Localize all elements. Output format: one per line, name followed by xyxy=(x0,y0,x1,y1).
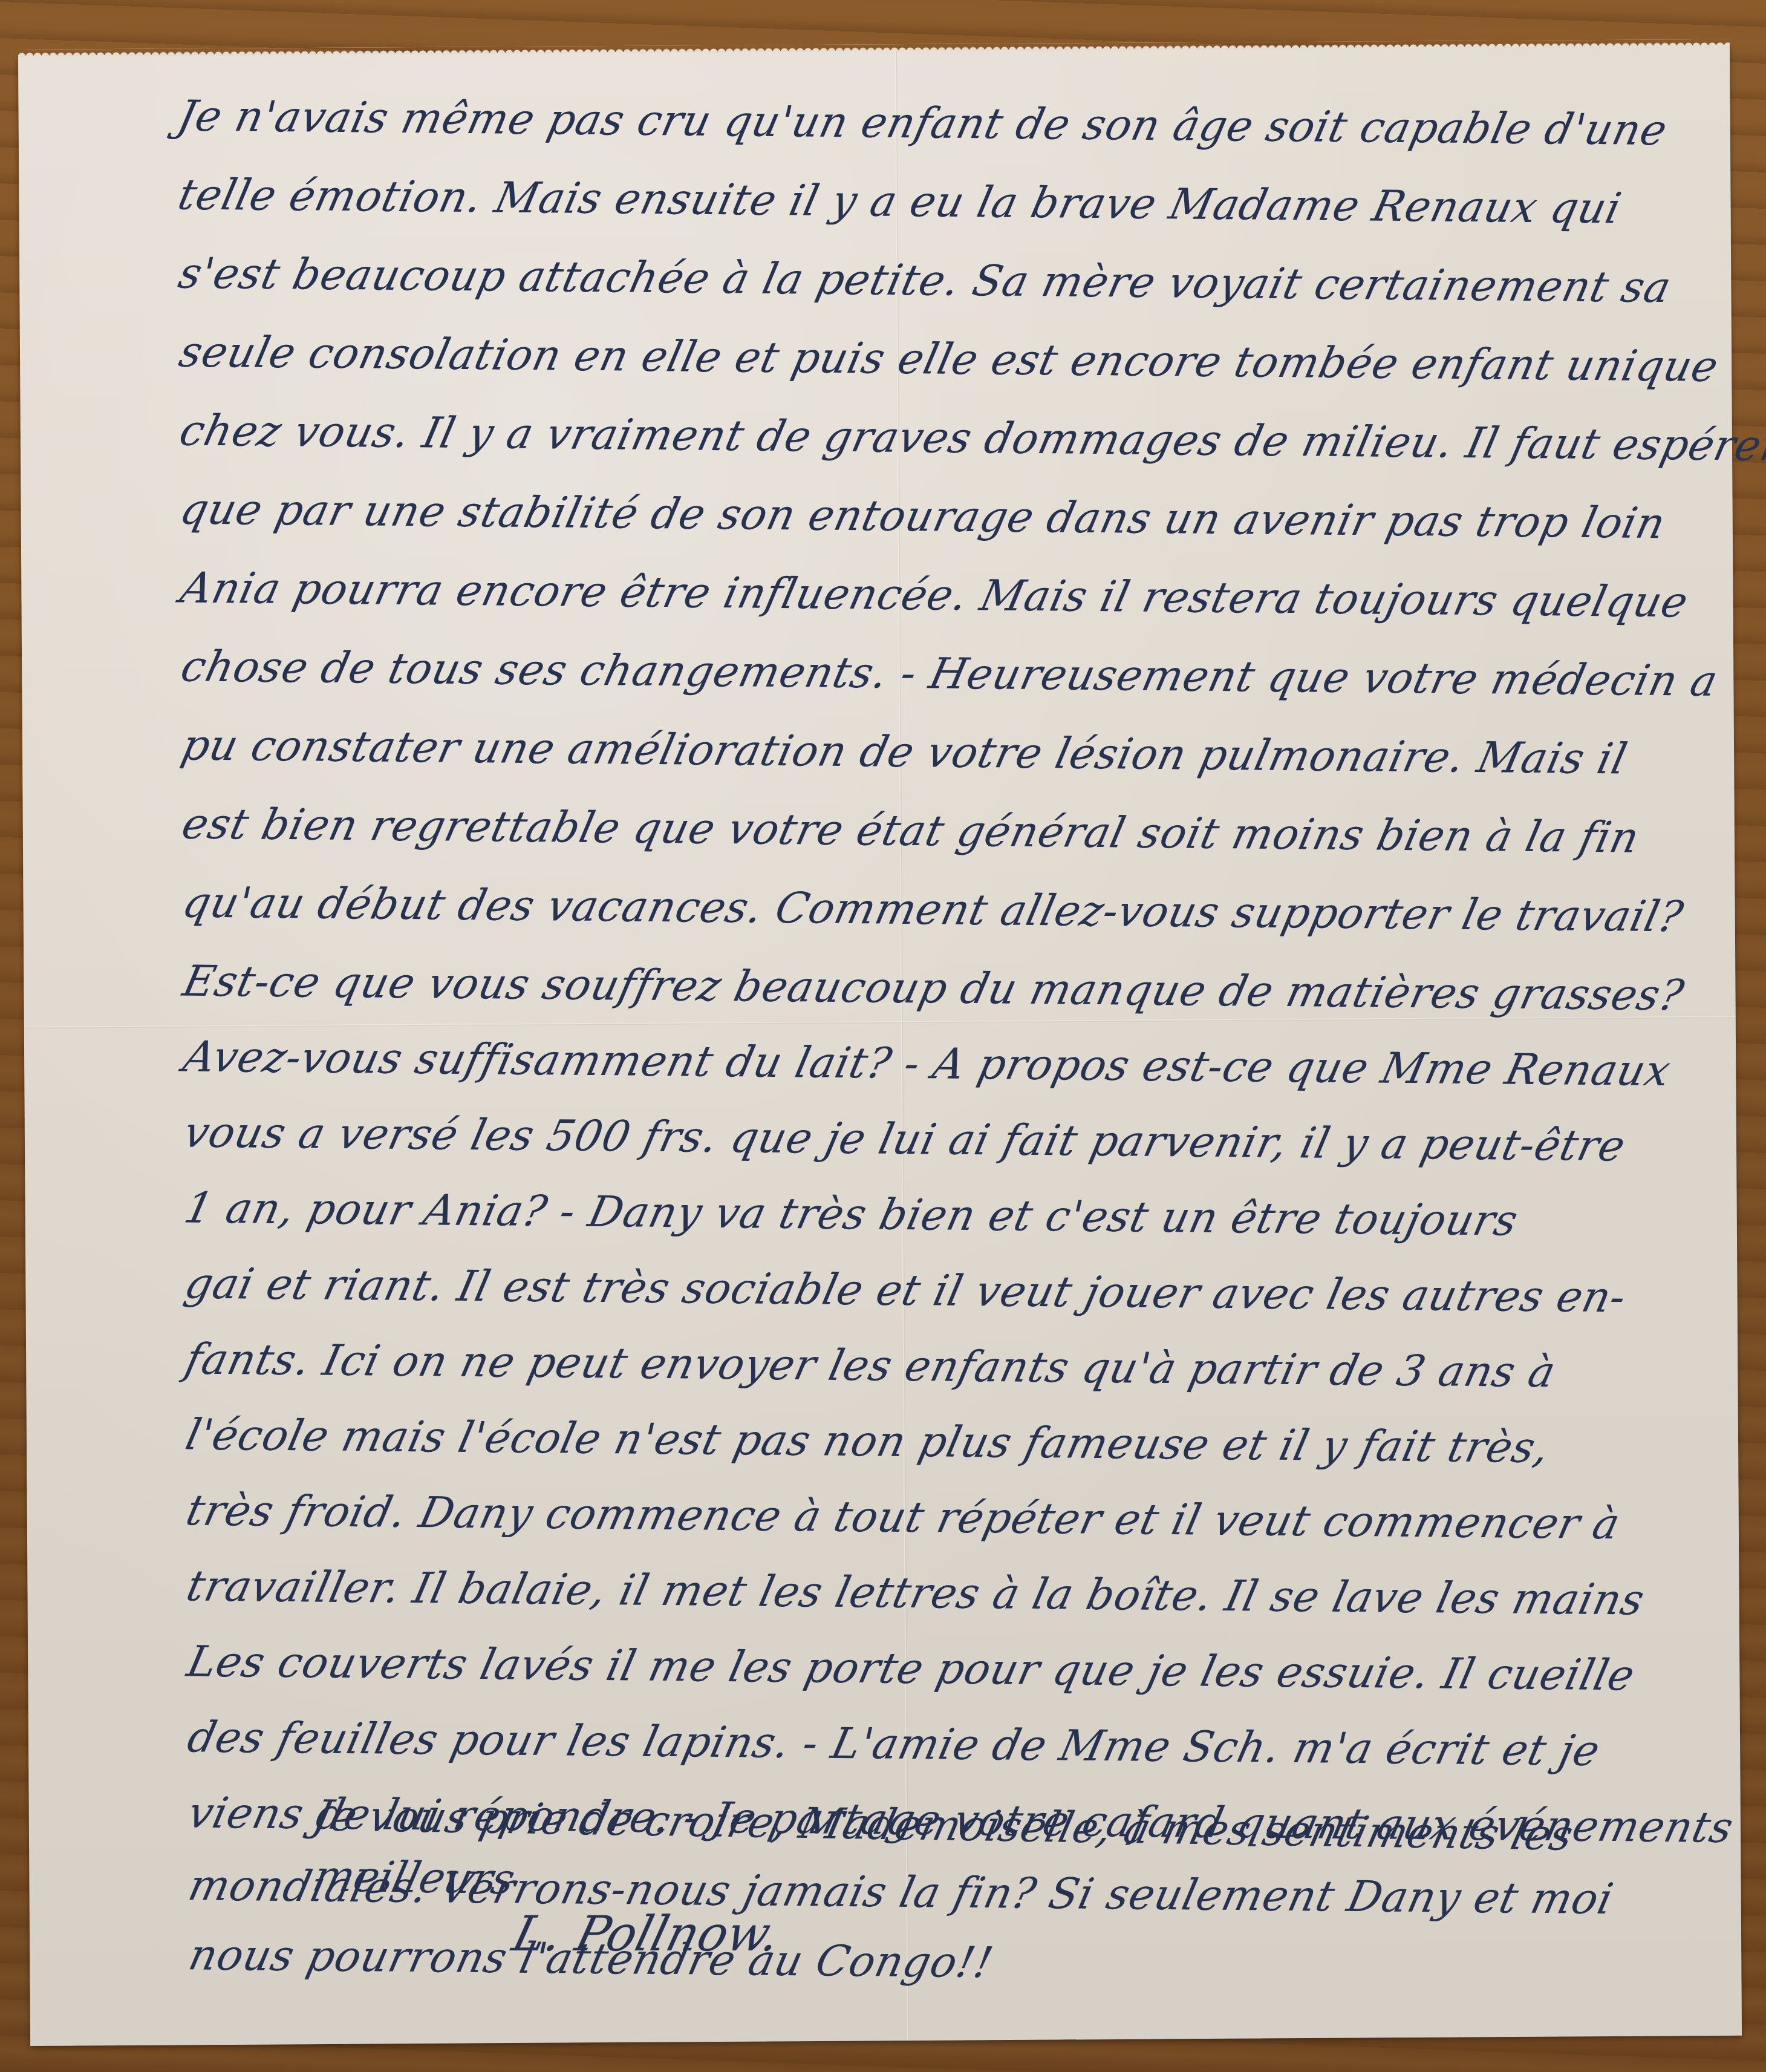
letter-line: Avez-vous suffisamment du lait? - A prop… xyxy=(179,1031,1675,1096)
letter-line: Je n'avais même pas cru qu'un enfant de … xyxy=(174,91,1672,155)
letter-line: fants. Ici on ne peut envoyer les enfant… xyxy=(181,1334,1560,1397)
letter-line: Les couverts lavés il me les porte pour … xyxy=(183,1636,1640,1700)
letter-body: Je n'avais même pas cru qu'un enfant de … xyxy=(178,45,1727,55)
letter-line: pu constater une amélioration de votre l… xyxy=(177,720,1632,783)
letter-line: l'école mais l'école n'est pas non plus … xyxy=(181,1410,1554,1472)
letter-line: travailler. Il balaie, il met les lettre… xyxy=(182,1561,1649,1624)
signature: L. Pollnow. xyxy=(507,1906,786,1962)
letter-line: qu'au début des vacances. Comment allez-… xyxy=(178,877,1688,941)
letter-line: gai et riant. Il est très sociable et il… xyxy=(180,1258,1631,1322)
letter-line: très froid. Dany commence à tout répéter… xyxy=(182,1485,1625,1549)
letter-line: chez vous. Il y a vraiment de graves dom… xyxy=(175,405,1766,471)
letter-line: Est-ce que vous souffrez beaucoup du man… xyxy=(178,956,1689,1020)
letter-line: est bien regrettable que votre état géné… xyxy=(178,799,1644,862)
letter-line: s'est beaucoup attachée à la petite. Sa … xyxy=(174,248,1676,312)
letter-line: 1 an, pour Ania? - Dany va très bien et … xyxy=(180,1183,1523,1245)
letter-line: Ania pourra encore être influencée. Mais… xyxy=(176,563,1693,627)
closing-line: meilleurs xyxy=(309,1851,520,1904)
letter-sheet: Je n'avais même pas cru qu'un enfant de … xyxy=(18,45,1742,2046)
letter-line: des feuilles pour les lapins. - L'amie d… xyxy=(183,1712,1605,1776)
letter-line: telle émotion. Mais ensuite il y a eu la… xyxy=(174,169,1626,233)
letter-line: vous a versé les 500 frs. que je lui ai … xyxy=(180,1107,1631,1171)
letter-line: seule consolation en elle et puis elle e… xyxy=(175,327,1723,391)
letter-line: chose de tous ses changements. - Heureus… xyxy=(177,641,1722,706)
letter-line: que par une stabilité de son entourage d… xyxy=(175,484,1670,548)
